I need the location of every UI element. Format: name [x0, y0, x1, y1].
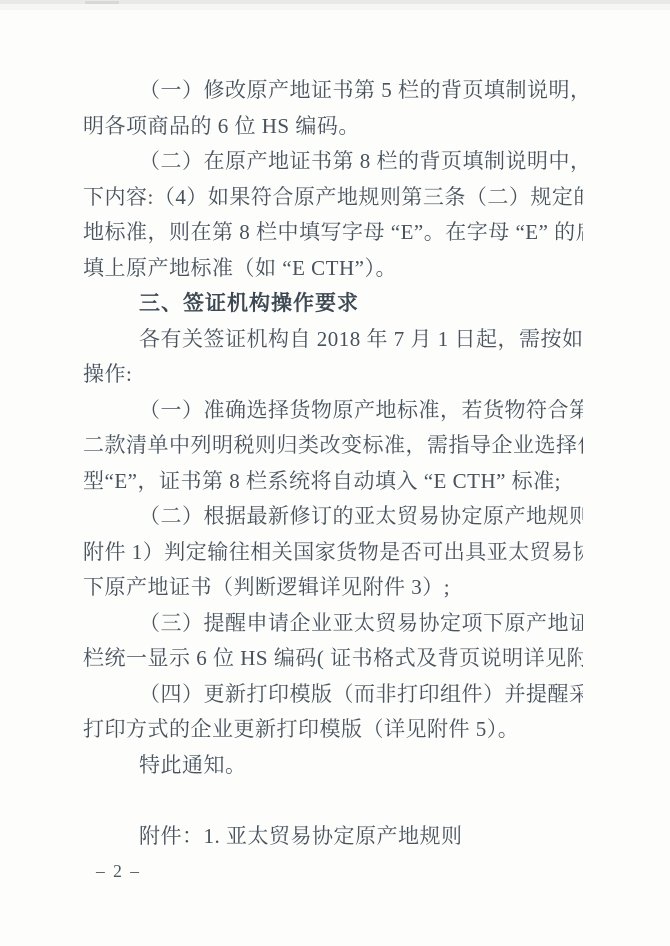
text-line: 型“E”，证书第 8 栏系统将自动填入 “E CTH” 标准;: [83, 464, 583, 500]
text-line: 各有关签证机构自 2018 年 7 月 1 日起，需按如下要求: [83, 322, 583, 358]
text-line: 打印方式的企业更新打印模版（详见附件 5）。: [83, 712, 583, 748]
text-line: 下原产地证书（判断逻辑详见附件 3）;: [83, 570, 583, 606]
text-line: 操作:: [83, 357, 583, 393]
section-heading: 三、签证机构操作要求: [83, 286, 583, 322]
blank-line: [83, 783, 583, 819]
page-number: – 2 –: [96, 861, 141, 881]
text-line: 二款清单中列明税则归类改变标准，需指导企业选择优惠类: [83, 428, 583, 464]
text-line: （三）提醒申请企业亚太贸易协定项下原产地证书第 5: [83, 606, 583, 642]
scan-smudge-mark: [85, 1, 119, 4]
text-line: （二）根据最新修订的亚太贸易协定原产地规则（详见: [83, 499, 583, 535]
text-line: （四）更新打印模版（而非打印组件）并提醒采用自主: [83, 677, 583, 713]
text-line: 明各项商品的 6 位 HS 编码。: [83, 109, 583, 145]
text-line: 填上原产地标准（如 “E CTH”）。: [83, 251, 583, 287]
scan-edge-artifact-soft: [0, 4, 670, 10]
text-line: （一）修改原产地证书第 5 栏的背页填制说明，要求注: [83, 73, 583, 109]
attachment-line: 附件：1. 亚太贸易协定原产地规则: [83, 819, 583, 855]
text-line: 地标准，则在第 8 栏中填写字母 “E”。在字母 “E” 的后面: [83, 215, 583, 251]
document-body: （一）修改原产地证书第 5 栏的背页填制说明，要求注 明各项商品的 6 位 HS…: [83, 73, 583, 854]
text-line: 附件 1）判定输往相关国家货物是否可出具亚太贸易协定项: [83, 535, 583, 571]
text-line: 栏统一显示 6 位 HS 编码( 证书格式及背页说明详见附件 4 );: [83, 641, 583, 677]
text-line: （二）在原产地证书第 8 栏的背页填制说明中，增加如: [83, 144, 583, 180]
closing-line: 特此通知。: [83, 748, 583, 784]
text-line: （一）准确选择货物原产地标准，若货物符合第三条第: [83, 393, 583, 429]
text-line: 下内容:（4）如果符合原产地规则第三条（二）规定的原产: [83, 180, 583, 216]
